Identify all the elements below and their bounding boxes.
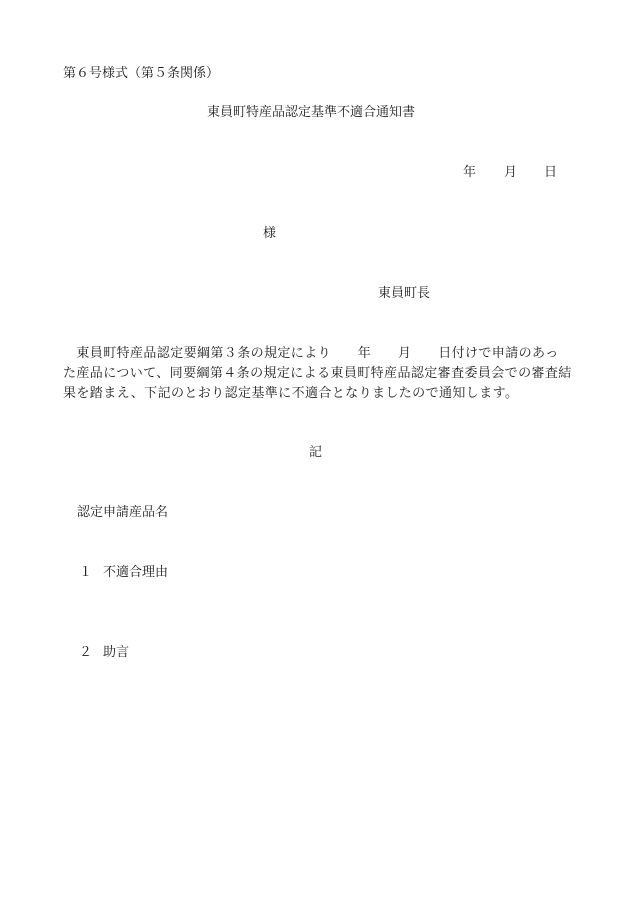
product-name-label: 認定申請産品名 bbox=[77, 505, 168, 521]
item-number: １ bbox=[79, 565, 92, 581]
body-line: 東員町特産品認定要綱第３条の規定により 年 月 日付けで申請のあっ bbox=[63, 344, 579, 364]
body-line: た産品について、同要綱第４条の規定による東員町特産品認定審査委員会での審査結 bbox=[63, 364, 579, 384]
recipient-honorific: 様 bbox=[263, 226, 276, 242]
ki-heading: 記 bbox=[309, 445, 322, 461]
date-year-label: 年 bbox=[463, 165, 476, 181]
item-label: 不適合理由 bbox=[103, 565, 168, 581]
sender-name: 東員町長 bbox=[378, 286, 430, 302]
form-number: 第６号様式（第５条関係） bbox=[63, 66, 219, 82]
body-line: 果を踏まえ、下記のとおり認定基準に不適合となりましたので通知します。 bbox=[63, 384, 579, 404]
item-number: ２ bbox=[79, 645, 92, 661]
document-title: 東員町特産品認定基準不適合通知書 bbox=[207, 105, 415, 121]
body-paragraph: 東員町特産品認定要綱第３条の規定により 年 月 日付けで申請のあっ た産品につい… bbox=[63, 344, 579, 404]
date-day-label: 日 bbox=[544, 165, 557, 181]
date-month-label: 月 bbox=[504, 165, 517, 181]
item-label: 助言 bbox=[103, 645, 129, 661]
